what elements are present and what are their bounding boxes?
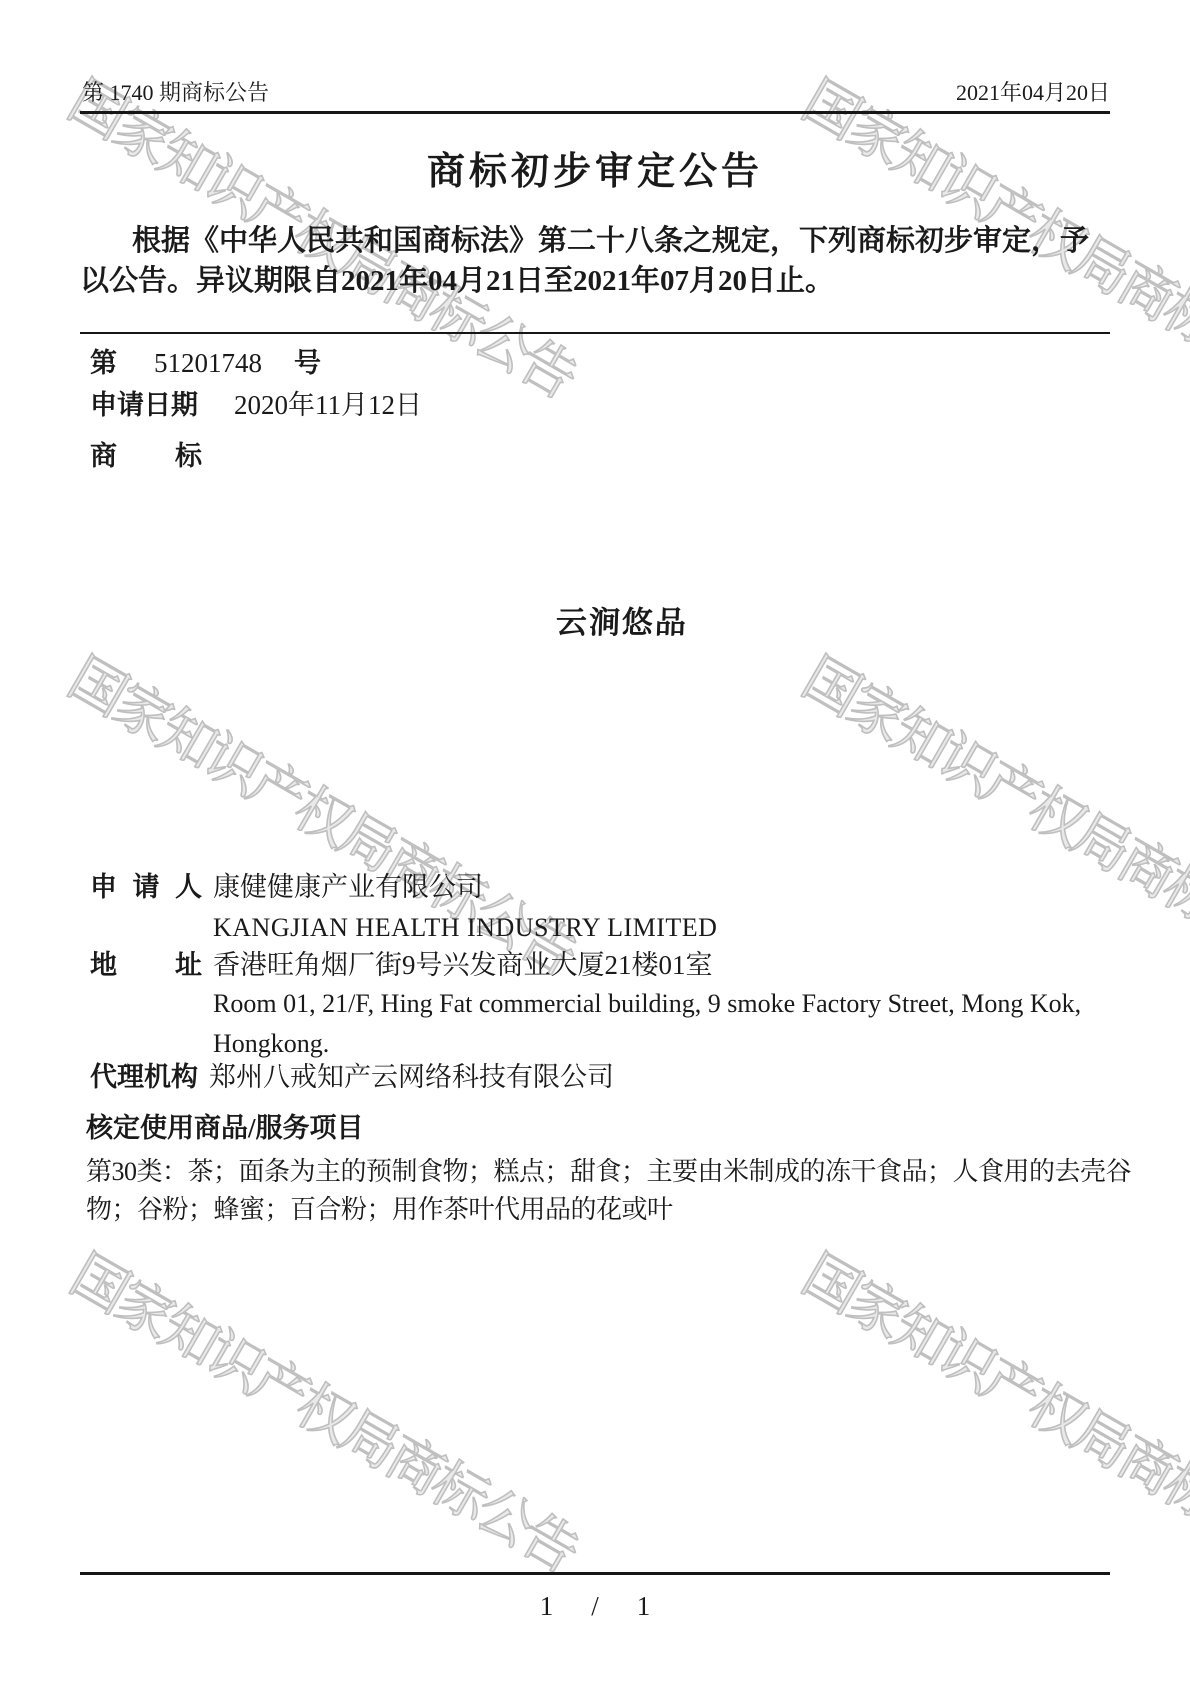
trademark-label: 商标 (90, 441, 202, 471)
footer-rule (80, 1572, 1110, 1575)
address-row: 地址香港旺角烟厂街9号兴发商业大厦21楼01室 (90, 950, 713, 980)
gazette-date: 2021年04月20日 (956, 76, 1110, 107)
application-date-row: 申请日期2020年11月12日 (90, 390, 422, 420)
address-en-line1: Room 01, 21/F, Hing Fat commercial build… (213, 989, 1081, 1019)
agency-label: 代理机构 (90, 1062, 198, 1092)
registration-number: 51201748 (154, 348, 262, 378)
applicant-name-en: KANGJIAN HEALTH INDUSTRY LIMITED (213, 913, 717, 943)
header-rule (80, 111, 1110, 114)
address-label: 地址 (90, 950, 202, 980)
goods-section-heading: 核定使用商品/服务项目 (86, 1106, 364, 1145)
agency-name: 郑州八戒知产云网络科技有限公司 (209, 1062, 614, 1092)
address-cn: 香港旺角烟厂街9号兴发商业大厦21楼01室 (213, 950, 713, 980)
current-page-number: 1 (540, 1591, 554, 1622)
gazette-issue-label: 第 1740 期商标公告 (82, 76, 269, 107)
number-prefix-label: 第 (90, 348, 117, 378)
address-en-line2: Hongkong. (213, 1029, 329, 1059)
intro-paragraph-line1: 根据《中华人民共和国商标法》第二十八条之规定，下列商标初步审定，予 (80, 221, 1120, 261)
intro-paragraph-line2: 以公告。异议期限自2021年04月21日至2021年07月20日止。 (80, 261, 1120, 301)
number-suffix-label: 号 (294, 348, 321, 378)
applicant-name-cn: 康健健康产业有限公司 (213, 872, 483, 902)
registration-number-row: 第51201748号 (90, 348, 321, 378)
goods-list-line2: 物；谷粉；蜂蜜；百合粉；用作茶叶代用品的花或叶 (86, 1189, 1126, 1226)
page-number-separator: / (591, 1591, 599, 1622)
gazette-page: 国家知识产权局商标公告 国家知识产权局商标公告 国家知识产权局商标公告 国家知识… (0, 0, 1190, 1684)
applicant-label: 申请人 (90, 872, 202, 902)
trademark-label-row: 商标 (90, 441, 202, 471)
applicant-row: 申请人康健健康产业有限公司 (90, 872, 483, 902)
application-date-value: 2020年11月12日 (234, 390, 422, 420)
total-page-count: 1 (637, 1591, 651, 1622)
goods-list-line1: 第30类：茶；面条为主的预制食物；糕点；甜食；主要由米制成的冻干食品；人食用的去… (86, 1151, 1126, 1188)
agency-row: 代理机构郑州八戒知产云网络科技有限公司 (90, 1062, 614, 1092)
page-number: 1 / 1 (0, 1591, 1190, 1622)
section-rule (80, 332, 1110, 334)
content-layer: 第 1740 期商标公告 2021年04月20日 商标初步审定公告 根据《中华人… (0, 0, 1190, 1684)
page-title: 商标初步审定公告 (0, 140, 1190, 195)
application-date-label: 申请日期 (90, 390, 198, 420)
trademark-image: 云涧悠品 (555, 597, 689, 642)
